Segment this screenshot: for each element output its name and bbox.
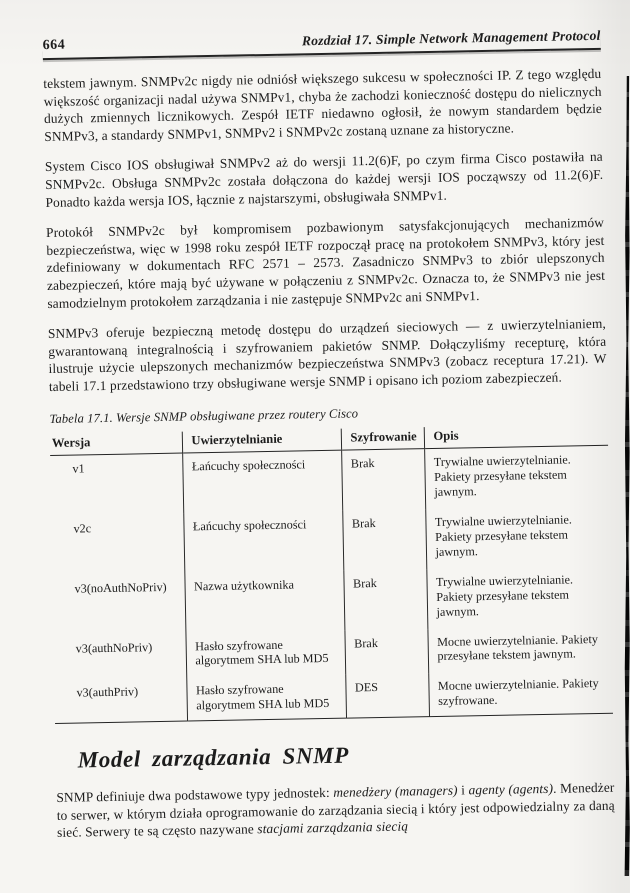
paragraph-2: System Cisco IOS obsługiwał SNMPv2 aż do… [45, 148, 604, 211]
cell-description: Trywialne uwierzytelnianie. Pakiety prze… [424, 446, 609, 510]
running-header: 664 Rozdział 17. Simple Network Manageme… [43, 28, 601, 60]
table-row: v3(authPriv) Hasło szyfrowane algorytmem… [54, 670, 613, 724]
section-heading: Model zarządzania SNMP [78, 738, 614, 774]
snmp-versions-table: Wersja Uwierzytelnianie Szyfrowanie Opis… [50, 423, 613, 724]
cell-version: v1 [50, 453, 183, 516]
scanned-book-page: 664 Rozdział 17. Simple Network Manageme… [0, 0, 630, 893]
cell-auth: Hasło szyfrowane algorytmem SHA lub MD5 [186, 675, 346, 721]
paragraph-5-segment-italic: menedżery (managers) [333, 783, 458, 800]
table-row: v2c Łańcuchy społeczności Brak Trywialne… [51, 506, 610, 576]
paragraph-5: SNMP definiuje dwa podstawowe typy jedno… [56, 779, 615, 842]
cell-auth: Łańcuchy społeczności [183, 511, 343, 574]
cell-auth: Łańcuchy społeczności [182, 451, 342, 514]
table-row: v1 Łańcuchy społeczności Brak Trywialne … [50, 446, 609, 516]
cell-encryption: Brak [343, 569, 427, 630]
cell-auth: Nazwa użytkownika [184, 570, 344, 633]
page-content: 664 Rozdział 17. Simple Network Manageme… [43, 28, 616, 855]
table-row: v3(noAuthNoPriv) Nazwa użytkownika Brak … [52, 566, 611, 636]
paragraph-5-segment: i [458, 783, 469, 798]
chapter-title: Rozdział 17. Simple Network Management P… [302, 28, 601, 49]
column-header-uwierzytelnianie: Uwierzytelnianie [182, 428, 341, 453]
column-header-szyfrowanie: Szyfrowanie [341, 427, 424, 451]
cell-version: v3(authPriv) [54, 678, 187, 724]
paragraph-5-segment: SNMP definiuje dwa podstawowe typy jedno… [56, 785, 333, 805]
cell-version: v2c [51, 514, 184, 576]
paragraph-5-segment-italic: stacjami zarządzania siecią [257, 819, 408, 837]
cell-description: Trywialne uwierzytelnianie. Pakiety prze… [426, 566, 611, 629]
column-header-wersja: Wersja [50, 431, 182, 456]
cell-encryption: Brak [342, 509, 426, 570]
table-caption: Tabela 17.1. Wersje SNMP obsługiwane prz… [49, 401, 607, 426]
paragraph-1: tekstem jawnym. SNMPv2c nigdy nie odniós… [43, 65, 602, 146]
cell-version: v3(authNoPriv) [53, 633, 186, 680]
cell-auth: Hasło szyfrowane algorytmem SHA lub MD5 [185, 630, 345, 678]
cell-description: Trywialne uwierzytelnianie. Pakiety prze… [425, 506, 610, 569]
page-number: 664 [43, 38, 66, 54]
paragraph-4: SNMPv3 oferuje bezpieczną metodę dostępu… [48, 315, 607, 396]
scan-binding-artifact [621, 76, 630, 876]
paragraph-5-segment-italic: agenty (agents) [468, 781, 553, 798]
cell-encryption: DES [345, 673, 429, 718]
cell-description: Mocne uwierzytelnianie. Pakiety przesyła… [427, 625, 612, 673]
cell-version: v3(noAuthNoPriv) [52, 573, 185, 635]
cell-encryption: Brak [341, 449, 425, 511]
cell-description: Mocne uwierzytelnianie. Pakiety szyfrowa… [428, 670, 613, 717]
cell-encryption: Brak [344, 629, 428, 675]
paragraph-3: Protokół SNMPv2c był kompromisem pozbawi… [46, 214, 606, 312]
